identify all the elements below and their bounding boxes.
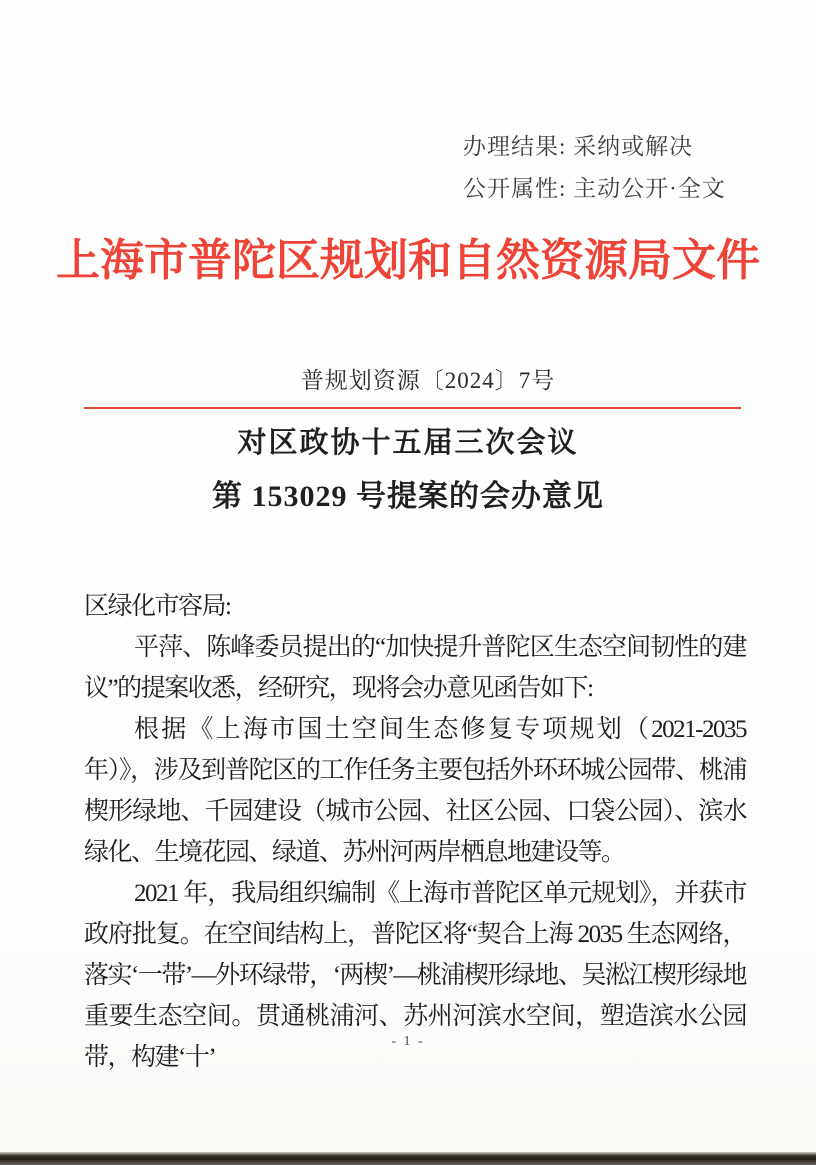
letterhead-title: 上海市普陀区规划和自然资源局文件 bbox=[0, 224, 816, 288]
subject-title-line-2: 第 153029 号提案的会办意见 bbox=[0, 471, 816, 515]
handling-meta-block: 办理结果: 采纳或解决 公开属性: 主动公开·全文 bbox=[463, 126, 726, 210]
document-number: 普规划资源〔2024〕7号 bbox=[20, 362, 816, 395]
salutation: 区绿化市容局: bbox=[84, 586, 746, 627]
scanned-page: 办理结果: 采纳或解决 公开属性: 主动公开·全文 上海市普陀区规划和自然资源局… bbox=[0, 0, 816, 1165]
document-body: 区绿化市容局: 平萍、陈峰委员提出的“加快提升普陀区生态空间韧性的建议”的提案收… bbox=[84, 586, 746, 1078]
scan-bottom-edge bbox=[0, 1152, 816, 1165]
subject-title-line-1: 对区政协十五届三次会议 bbox=[0, 420, 816, 461]
page-number: - 1 - bbox=[0, 1034, 816, 1050]
body-paragraph-1: 平萍、陈峰委员提出的“加快提升普陀区生态空间韧性的建议”的提案收悉，经研究，现将… bbox=[84, 627, 746, 709]
disclosure-attribute-line: 公开属性: 主动公开·全文 bbox=[463, 168, 726, 210]
handling-result-line: 办理结果: 采纳或解决 bbox=[463, 126, 726, 168]
red-separator-rule bbox=[84, 407, 741, 409]
body-paragraph-2: 根据《上海市国土空间生态修复专项规划（2021-2035 年）》，涉及到普陀区的… bbox=[84, 709, 746, 873]
